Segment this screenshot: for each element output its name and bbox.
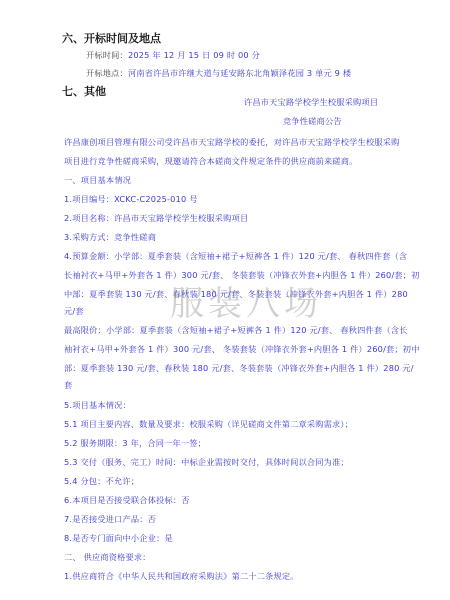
intro-line-1: 许昌康创项目管理有限公司受许昌市天宝路学校的委托，对许昌市天宝路学校学生校服采购 [64, 137, 400, 148]
bid-opening-time-label: 开标时间： [86, 50, 128, 60]
item-5-basic-info: 5.项目基本情况： [64, 400, 131, 411]
section-7-heading: 七、其他 [62, 83, 106, 99]
section-6-heading: 六、开标时间及地点 [62, 30, 161, 46]
document-page: 六、开标时间及地点 开标时间：2025 年 12 月 15 日 09 时 00 … [0, 0, 450, 600]
max-price-line-3: 部：夏季套装 130 元/套、春秋装 180 元/套、冬装套装（冲锋衣外套+内胆… [64, 363, 414, 374]
item-project-number: 1.项目编号：XCKC-C2025-010 号 [64, 194, 198, 205]
item-5-2-service-period: 5.2 服务期限：3 年，合同一年一签； [64, 438, 206, 449]
bid-opening-place-label: 开标地点： [86, 68, 128, 78]
notice-title-line1: 许昌市天宝路学校学生校服采购项目 [244, 97, 378, 108]
item-6-consortium: 6.本项目是否接受联合体投标：否 [64, 495, 190, 506]
item-7-imports: 7.是否接受进口产品：否 [64, 514, 156, 525]
max-price-line-1: 最高限价：小学部：夏季套装（含短袖+裙子+短裤各 1 件）120 元/套、 春秋… [64, 325, 408, 336]
bid-opening-place-value: 河南省许昌市许继大道与延安路东北角颖泽花园 3 单元 9 楼 [128, 68, 351, 78]
item-5-1-content: 5.1 项目主要内容、数量及要求：校服采购（详见磋商文件第二章采购需求）； [64, 419, 353, 430]
supplier-requirement-1: 1.供应商符合《中华人民共和国政府采购法》第二十二条规定。 [64, 571, 299, 582]
item-8-sme: 8.是否专门面向中小企业：是 [64, 533, 173, 544]
part-1-title: 一、项目基本情况 [64, 175, 131, 186]
bid-opening-time: 开标时间：2025 年 12 月 15 日 09 时 00 分 [86, 50, 260, 61]
watermark: 服装八场 [170, 276, 322, 325]
item-project-name: 2.项目名称：许昌市天宝路学校学生校服采购项目 [64, 213, 248, 224]
max-price-line-4: 套 [64, 380, 72, 391]
intro-line-2: 项目进行竞争性磋商采购，现邀请符合本磋商文件规定条件的供应商前来磋商。 [64, 156, 358, 167]
max-price-line-2: 袖衬衣+马甲+外套各 1 件）300 元/套、 冬装套装（冲锋衣外套+内胆各 1… [64, 344, 420, 355]
bid-opening-place: 开标地点：河南省许昌市许继大道与延安路东北角颖泽花园 3 单元 9 楼 [86, 68, 351, 79]
notice-title-line2: 竞争性磋商公告 [283, 116, 342, 127]
item-5-4-subcontract: 5.4 分包：不允许； [64, 476, 139, 487]
bid-opening-time-value: 2025 年 12 月 15 日 09 时 00 分 [128, 50, 260, 60]
part-2-title: 二、 供应商资格要求： [64, 552, 151, 563]
item-procurement-method: 3.采购方式：竞争性磋商 [64, 232, 156, 243]
budget-line-4: 元/套 [64, 306, 84, 317]
budget-line-1: 4.预算金额：小学部：夏季套装（含短袖+裙子+短裤各 1 件）120 元/套、 … [64, 251, 407, 262]
item-5-3-delivery: 5.3 交付（服务、完工）时间：中标企业需按时交付，具体时间以合同为准； [64, 457, 349, 468]
